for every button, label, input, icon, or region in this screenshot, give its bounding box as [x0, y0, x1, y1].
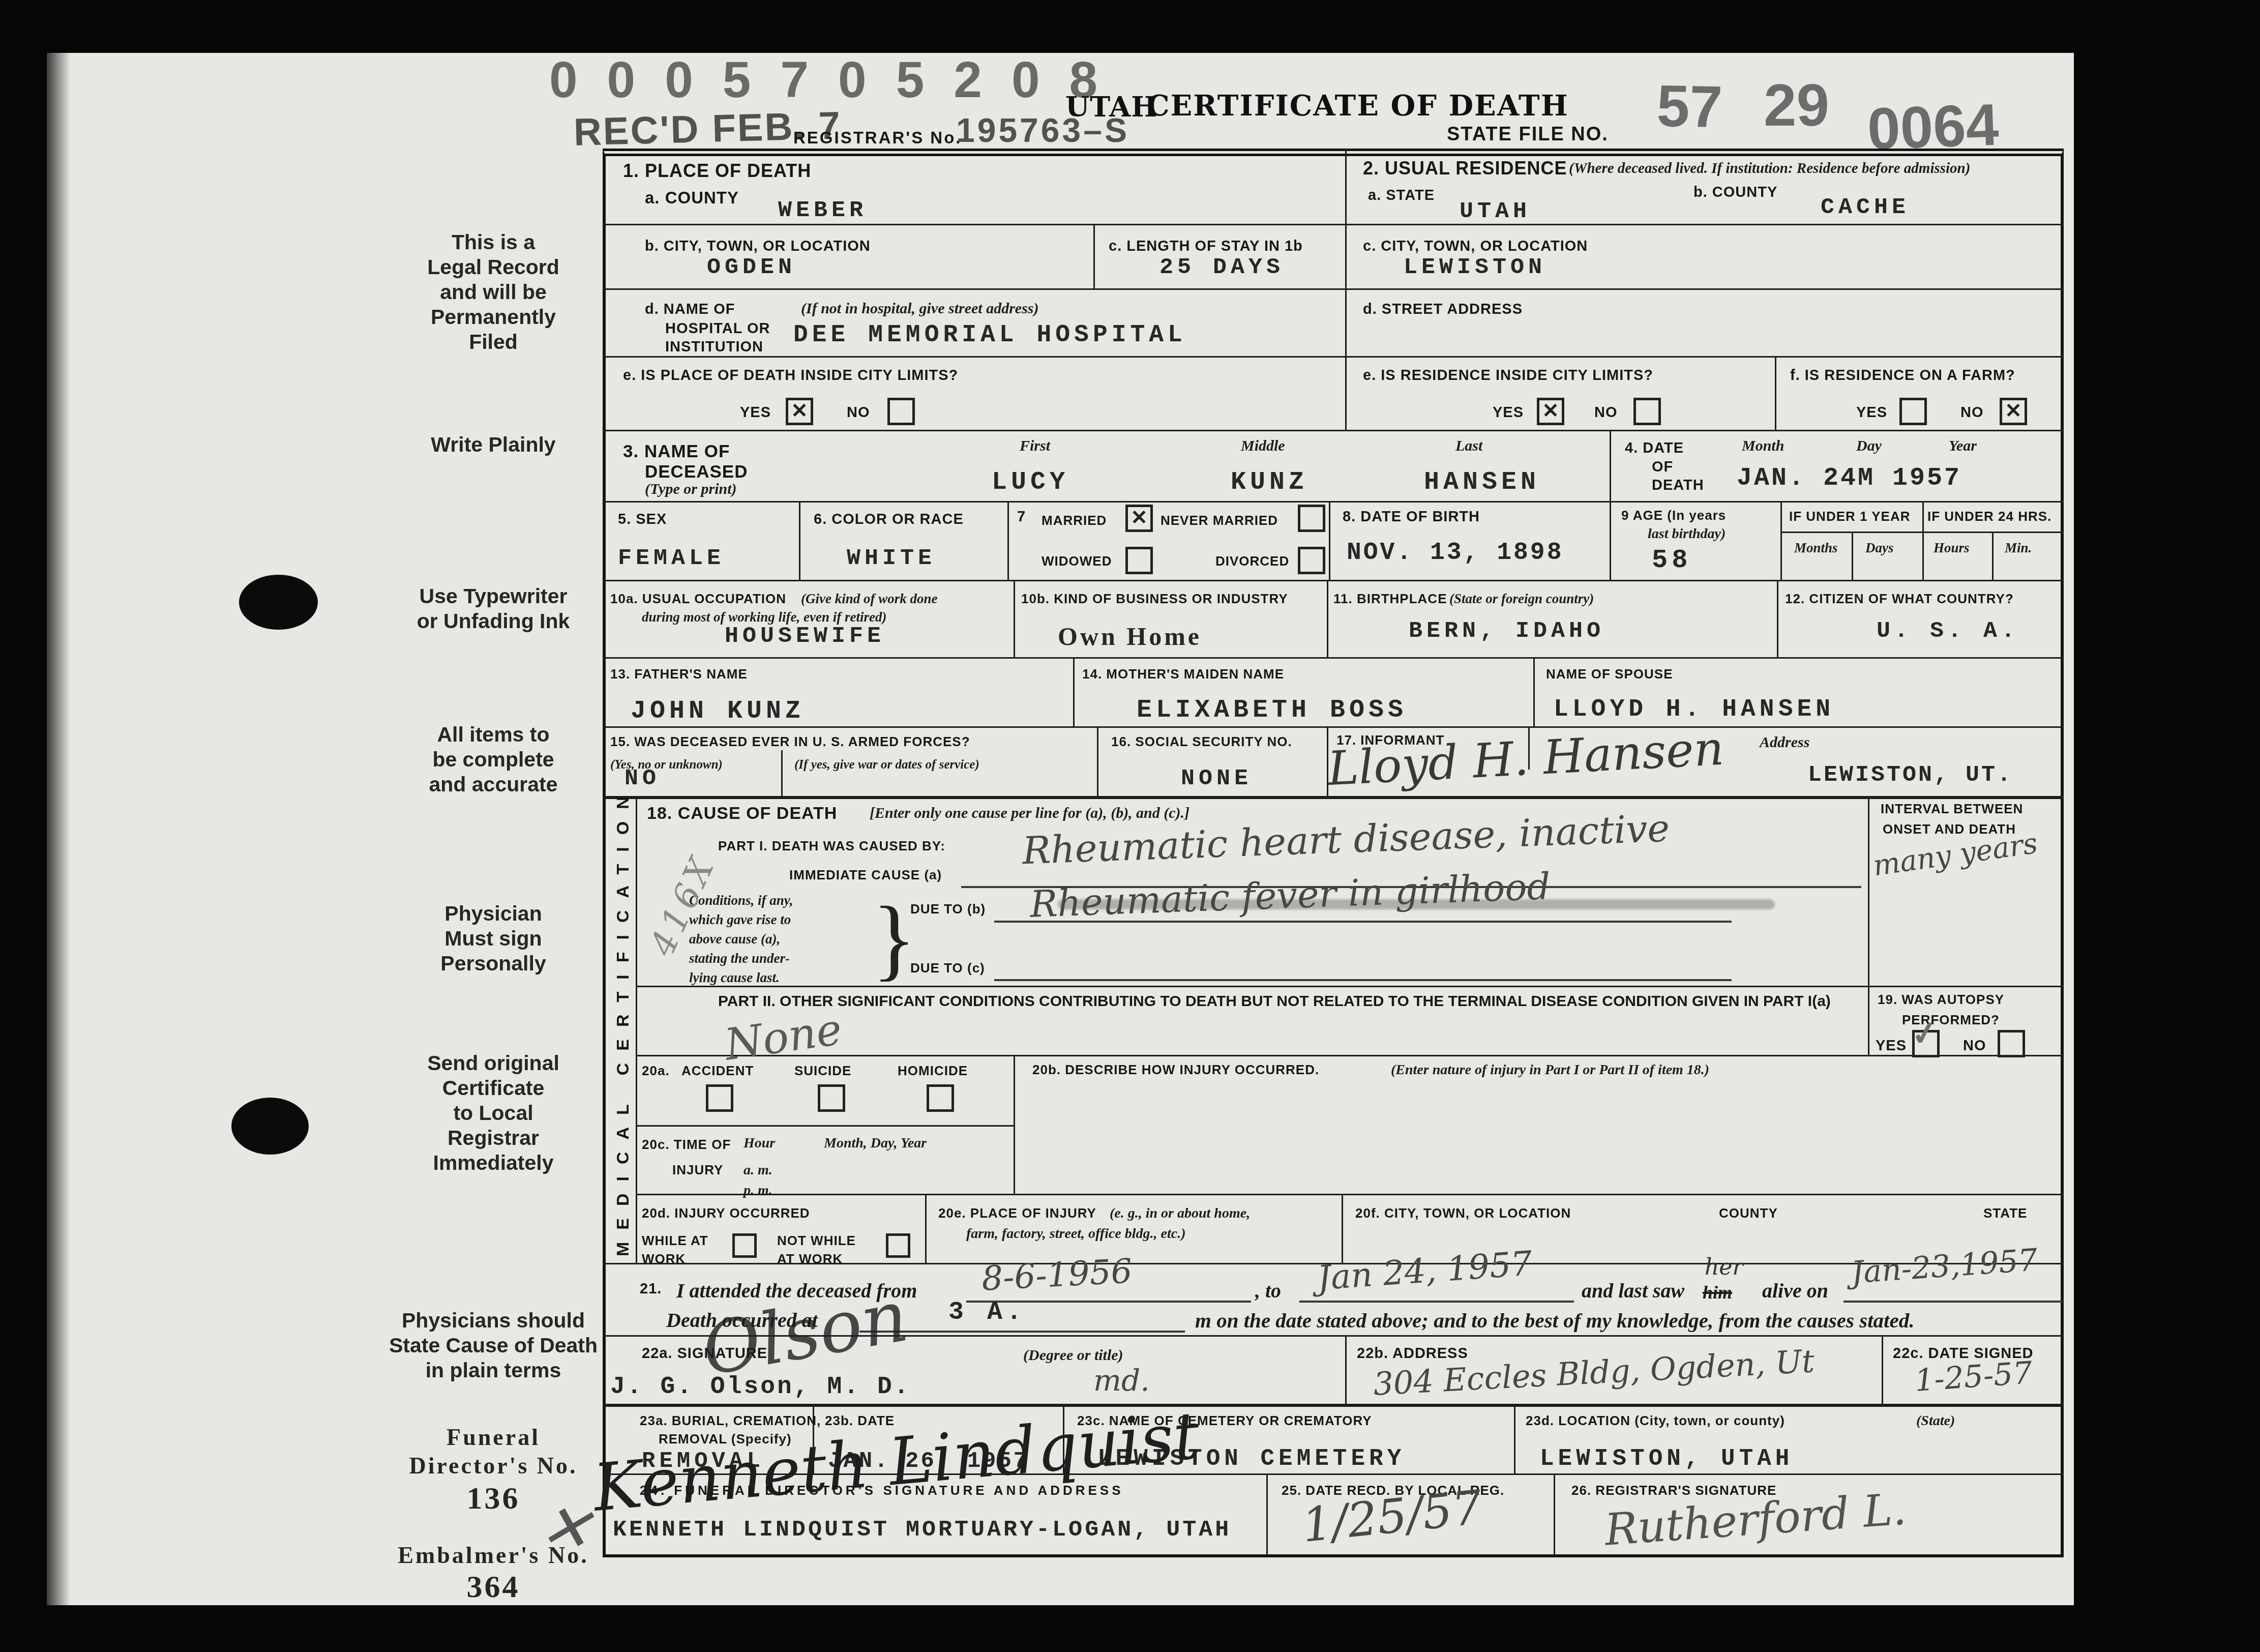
conditions-note: stating the under- — [689, 951, 790, 966]
file-number-stamp-2: 29 — [1764, 71, 1829, 139]
yes-label: YES — [740, 404, 771, 421]
field-9-value: 58 — [1652, 545, 1691, 575]
field-3-first-value: LUCY — [992, 468, 1069, 497]
field-1-label: 1. PLACE OF DEATH — [623, 160, 811, 182]
field-3-label: DECEASED — [645, 462, 748, 482]
field-9-days-label: Days — [1865, 540, 1894, 556]
field-1e-label: e. IS PLACE OF DEATH INSIDE CITY LIMITS? — [623, 367, 958, 384]
grid-line — [1775, 356, 1776, 430]
hour-label: Hour — [744, 1135, 775, 1152]
grid-line — [603, 796, 2064, 799]
field-5-label: 5. SEX — [618, 511, 667, 528]
field-8-label: 8. DATE OF BIRTH — [1343, 509, 1480, 525]
field-1d-hint: (If not in hospital, give street address… — [801, 300, 1039, 317]
field-24-label: 24. FUNERAL DIRECTOR'S SIGNATURE AND ADD… — [640, 1483, 1124, 1498]
her-handwriting: her — [1705, 1254, 1743, 1280]
field-7-label: 7 — [1017, 509, 1026, 525]
last-saw-text: and last saw — [1582, 1279, 1684, 1303]
blank-line — [994, 979, 1732, 981]
grid-line — [1882, 1335, 1883, 1405]
pencil-x-mark: ✕ — [536, 1490, 596, 1567]
grid-line — [1345, 1335, 1347, 1405]
grid-line — [1514, 1405, 1515, 1473]
checkbox-20a-suicide — [818, 1084, 845, 1112]
month-day-year-label: Month, Day, Year — [824, 1135, 927, 1152]
grid-line — [1554, 1473, 1555, 1556]
field-7-married-label: MARRIED — [1042, 513, 1107, 528]
field-20c-label: 20c. TIME OF — [642, 1137, 731, 1153]
conditions-brace: } — [872, 886, 916, 991]
grid-line — [636, 986, 2064, 987]
field-19-label: 19. WAS AUTOPSY — [1878, 992, 2004, 1008]
field-1d-label: INSTITUTION — [665, 339, 763, 356]
knowledge-text: m on the date stated above; and to the b… — [1195, 1308, 1914, 1333]
grid-line — [1777, 580, 1778, 657]
him-struck-text: him — [1703, 1282, 1732, 1303]
grid-line — [1327, 580, 1328, 657]
no-label: NO — [1594, 404, 1618, 421]
margin-send-original: Send original Certificate to Local Regis… — [392, 1051, 595, 1175]
grid-line — [1922, 501, 1924, 580]
while-at-work-label: WHILE AT — [642, 1233, 708, 1249]
attended-to-text: , to — [1255, 1279, 1281, 1303]
field-20b-label: 20b. DESCRIBE HOW INJURY OCCURRED. — [1032, 1062, 1319, 1078]
blank-line — [994, 921, 1732, 923]
field-23d-state-label: (State) — [1916, 1413, 1955, 1429]
field-22b-label: 22b. ADDRESS — [1357, 1345, 1468, 1362]
margin-line: Funeral — [392, 1423, 595, 1452]
grid-line — [636, 1055, 2064, 1056]
field-9-under24hr-label: IF UNDER 24 HRS. — [1927, 509, 2051, 524]
checkbox-7-widowed — [1125, 547, 1153, 574]
grid-line — [603, 1404, 2064, 1407]
checkbox-1e-no — [887, 398, 915, 425]
field-3-middle-value: KUNZ — [1231, 468, 1308, 497]
margin-line: Must sign — [392, 926, 595, 951]
field-20f-label: 20f. CITY, TOWN, OR LOCATION — [1355, 1205, 1571, 1221]
no-label: NO — [847, 404, 870, 421]
checkbox-20a-accident — [706, 1084, 733, 1112]
field-4-label: 4. DATE — [1625, 440, 1684, 457]
grid-line — [1007, 501, 1009, 580]
homicide-label: HOMICIDE — [898, 1063, 968, 1079]
grid-line — [1014, 580, 1015, 657]
checkbox-20d-while — [732, 1233, 757, 1258]
margin-line: Use Typewriter — [392, 584, 595, 609]
field-3-middle-label: Middle — [1241, 437, 1285, 455]
grid-line — [603, 356, 2064, 358]
margin-line: Filed — [392, 330, 595, 355]
degree-handwriting: md. — [1093, 1363, 1150, 1398]
field-3-hint: (Type or print) — [645, 481, 737, 498]
field-20b-hint: (Enter nature of injury in Part I or Par… — [1391, 1062, 1709, 1078]
field-10a-hint: (Give kind of work done — [801, 591, 937, 607]
accident-label: ACCIDENT — [681, 1063, 754, 1079]
margin-all-items: All items to be complete and accurate — [392, 722, 595, 797]
grid-line — [1533, 657, 1535, 726]
grid-line — [1868, 796, 1869, 1055]
field-18-label: 18. CAUSE OF DEATH — [647, 804, 837, 823]
title-certificate-of-death: CERTIFICATE OF DEATH — [1147, 89, 1569, 123]
field-2b-label: b. COUNTY — [1693, 184, 1777, 201]
immediate-cause-label: IMMEDIATE CAUSE (a) — [789, 867, 942, 883]
field-15-hint2: (If yes, give war or dates of service) — [794, 758, 979, 772]
field-20c-label: INJURY — [672, 1162, 723, 1178]
field-9-label: 9 AGE (In years — [1621, 508, 1726, 523]
field-9-under1yr-label: IF UNDER 1 YEAR — [1789, 509, 1910, 524]
field-20e-label: 20e. PLACE OF INJURY — [938, 1205, 1096, 1221]
grid-line — [603, 726, 2064, 728]
field-2b-value: CACHE — [1821, 194, 1910, 220]
field-6-label: 6. COLOR OR RACE — [814, 511, 964, 528]
grid-line — [636, 1125, 1014, 1127]
yes-label: YES — [1856, 404, 1887, 421]
field-20e-hint: (e. g., in or about home, — [1110, 1205, 1250, 1222]
field-2f-label: f. IS RESIDENCE ON A FARM? — [1790, 367, 2015, 384]
field-12-value: U. S. A. — [1877, 618, 2019, 644]
field-13-value: JOHN KUNZ — [631, 697, 805, 726]
punch-hole — [239, 575, 318, 630]
margin-line: Physician — [392, 901, 595, 926]
margin-line: Immediately — [392, 1150, 595, 1175]
margin-line: to Local — [392, 1101, 595, 1126]
margin-embalmer-no: 364 — [392, 1573, 595, 1601]
field-16-value: NONE — [1181, 765, 1252, 791]
field-10a-value: HOUSEWIFE — [725, 623, 885, 649]
field-2-label: 2. USUAL RESIDENCE — [1363, 158, 1567, 179]
field-23a-label: 23a. BURIAL, CREMATION, — [640, 1413, 821, 1429]
field-3-last-value: HANSEN — [1424, 468, 1540, 497]
field-2-hint: (Where deceased lived. If institution: R… — [1569, 160, 1970, 177]
margin-line: Certificate — [392, 1076, 595, 1101]
grid-line — [799, 501, 800, 580]
field-4-value: JAN. 24M 1957 — [1737, 464, 1961, 493]
am-label: a. m. — [744, 1162, 772, 1178]
grid-line — [1329, 501, 1330, 580]
field-2a-label: a. STATE — [1368, 187, 1435, 204]
field-2d-label: d. STREET ADDRESS — [1363, 301, 1523, 318]
margin-line: or Unfading Ink — [392, 609, 595, 634]
not-while-at-work-label: AT WORK — [777, 1251, 843, 1267]
margin-line: This is a — [392, 230, 595, 255]
grid-line — [1342, 1194, 1343, 1263]
margin-line: Permanently — [392, 305, 595, 330]
no-label: NO — [1963, 1038, 1986, 1054]
field-10b-value: Own Home — [1058, 622, 1202, 651]
pm-label: p. m. — [744, 1183, 772, 1199]
field-9-label: last birthday) — [1648, 526, 1726, 542]
county-label: COUNTY — [1719, 1205, 1778, 1221]
field-8-value: NOV. 13, 1898 — [1347, 539, 1563, 567]
no-label: NO — [1960, 404, 1984, 421]
margin-line: Legal Record — [392, 255, 595, 280]
field-3-first-label: First — [1020, 437, 1050, 455]
registrar-no-label: REGISTRAR'S No. — [793, 128, 962, 147]
checkbox-20d-notwhile — [886, 1233, 910, 1258]
checkbox-7-divorced — [1298, 547, 1325, 574]
grid-line — [603, 430, 2064, 431]
field-24-typed-value: KENNETH LINDQUIST MORTUARY-LOGAN, UTAH — [613, 1517, 1231, 1543]
field-21-number: 21. — [640, 1281, 662, 1297]
field-spouse-value: LLOYD H. HANSEN — [1554, 696, 1834, 723]
field-12-label: 12. CITIZEN OF WHAT COUNTRY? — [1785, 591, 2014, 607]
blank-line — [1299, 1301, 1574, 1303]
checkbox-1e-yes: ✕ — [786, 398, 813, 425]
due-to-c-label: DUE TO (c) — [910, 960, 985, 976]
field-1a-label: a. COUNTY — [645, 188, 739, 208]
field-9-months-label: Months — [1794, 540, 1838, 556]
field-11-label: 11. BIRTHPLACE — [1333, 591, 1447, 607]
margin-funeral-director-no-label: Funeral Director's No. — [392, 1423, 595, 1480]
checkbox-2e-yes: ✕ — [1537, 398, 1564, 425]
grid-line — [925, 1194, 927, 1263]
attended-from-handwriting: 8-6-1956 — [980, 1251, 1133, 1298]
grid-line — [1093, 224, 1095, 288]
field-1d-label: d. NAME OF — [645, 301, 735, 318]
field-14-value: ELIXABETH BOSS — [1137, 696, 1407, 725]
margin-line: Personally — [392, 951, 595, 976]
field-13-label: 13. FATHER'S NAME — [610, 666, 748, 682]
field-10b-label: 10b. KIND OF BUSINESS OR INDUSTRY — [1021, 591, 1288, 607]
grid-line — [1780, 501, 1782, 580]
medical-certification-vertical-label: MEDICAL CERTIFICATION — [613, 784, 633, 1256]
margin-line: and will be — [392, 280, 595, 305]
field-15-label: 15. WAS DECEASED EVER IN U. S. ARMED FOR… — [610, 734, 970, 750]
grid-line — [1852, 532, 1853, 580]
field-11-hint: (State or foreign country) — [1449, 591, 1594, 607]
field-18-hint: [Enter only one cause per line for (a), … — [870, 805, 1190, 822]
field-9-min-label: Min. — [2005, 540, 2032, 556]
grid-line — [1266, 1473, 1268, 1556]
field-4-label: DEATH — [1652, 477, 1704, 494]
field-5-value: FEMALE — [618, 545, 725, 571]
field-6-value: WHITE — [847, 545, 936, 571]
degree-or-title-label: (Degree or title) — [1023, 1347, 1123, 1364]
field-20e-hint: farm, factory, street, office bldg., etc… — [966, 1226, 1186, 1242]
grid-line — [636, 796, 637, 1263]
serial-number-stamp: 0005705208 — [549, 51, 1127, 109]
field-9-hours-label: Hours — [1934, 540, 1970, 556]
margin-use-typewriter: Use Typewriter or Unfading Ink — [392, 584, 595, 634]
while-at-work-label: WORK — [642, 1251, 686, 1267]
margin-line: be complete — [392, 747, 595, 772]
grid-line — [781, 750, 783, 797]
alive-on-text: alive on — [1762, 1279, 1828, 1303]
checkbox-7-never-married — [1298, 505, 1325, 532]
blank-line — [1843, 1301, 2062, 1303]
checkbox-7-married: ✕ — [1125, 505, 1153, 532]
state-file-no-label: STATE FILE NO. — [1447, 124, 1609, 145]
part2-label: PART II. OTHER SIGNIFICANT CONDITIONS CO… — [718, 993, 1831, 1010]
field-14-label: 14. MOTHER'S MAIDEN NAME — [1082, 666, 1284, 682]
margin-line: Send original — [392, 1051, 595, 1076]
field-17-address-label: Address — [1760, 734, 1809, 751]
margin-line: and accurate — [392, 772, 595, 797]
field-23d-value: LEWISTON, UTAH — [1540, 1445, 1793, 1472]
grid-line — [1345, 149, 1347, 430]
conditions-note: lying cause last. — [689, 970, 780, 986]
field-7-never-married-label: NEVER MARRIED — [1161, 513, 1278, 528]
not-while-at-work-label: NOT WHILE — [777, 1233, 856, 1249]
margin-line: in plain terms — [379, 1358, 608, 1383]
field-1a-value: WEBER — [778, 197, 867, 223]
grid-line — [603, 501, 2064, 503]
grid-line — [603, 288, 2064, 290]
yes-label: YES — [1876, 1038, 1907, 1054]
file-number-stamp-1: 57 — [1656, 72, 1723, 141]
checkbox-2f-no: ✕ — [2000, 398, 2027, 425]
grid-line — [1014, 1055, 1015, 1194]
grid-line — [603, 657, 2064, 659]
margin-line: Registrar — [392, 1126, 595, 1150]
punch-hole — [231, 1098, 309, 1155]
margin-line: State Cause of Death — [379, 1333, 608, 1358]
field-2c-value: LEWISTON — [1404, 254, 1546, 280]
pencil-check-19-yes: ✓ — [1909, 1013, 1941, 1055]
margin-write-plainly: Write Plainly — [392, 432, 595, 457]
checkbox-2f-yes — [1899, 398, 1927, 425]
field-11-value: BERN, IDAHO — [1409, 618, 1604, 644]
part1-label: PART I. DEATH WAS CAUSED BY: — [718, 838, 945, 854]
field-4-label: OF — [1652, 459, 1673, 476]
state-label: STATE — [1983, 1205, 2027, 1221]
yes-label: YES — [1493, 404, 1524, 421]
field-spouse-label: NAME OF SPOUSE — [1546, 666, 1673, 682]
field-20d-label: 20d. INJURY OCCURRED — [642, 1205, 810, 1221]
field-10a-label: 10a. USUAL OCCUPATION — [610, 591, 786, 607]
due-to-b-label: DUE TO (b) — [910, 901, 986, 917]
checkbox-2e-no — [1633, 398, 1661, 425]
grid-line — [603, 580, 2064, 581]
conditions-note: which gave rise to — [689, 912, 791, 928]
grid-line — [636, 1194, 2064, 1195]
death-time-value: 3 A. — [948, 1298, 1026, 1327]
field-16-label: 16. SOCIAL SECURITY NO. — [1111, 734, 1292, 750]
margin-line: All items to — [392, 722, 595, 747]
field-2e-label: e. IS RESIDENCE INSIDE CITY LIMITS? — [1363, 367, 1653, 384]
field-1d-label: HOSPITAL OR — [665, 320, 770, 337]
field-20a-label: 20a. — [642, 1063, 670, 1079]
field-1b-value: OGDEN — [707, 254, 796, 280]
checkbox-20a-homicide — [927, 1084, 954, 1112]
field-23d-label: 23d. LOCATION (City, town, or county) — [1526, 1413, 1785, 1429]
suicide-label: SUICIDE — [794, 1063, 851, 1079]
field-2a-value: UTAH — [1460, 198, 1531, 224]
field-1d-value: DEE MEMORIAL HOSPITAL — [793, 321, 1186, 349]
scanned-death-certificate: 0005705208 REC'D FEB. 7 REGISTRAR'S No. … — [0, 0, 2260, 1652]
field-4-month-label: Month — [1742, 437, 1784, 455]
grid-line — [1073, 657, 1075, 726]
field-7-divorced-label: DIVORCED — [1215, 553, 1289, 569]
field-4-day-label: Day — [1856, 437, 1882, 455]
field-3-label: 3. NAME OF — [623, 441, 730, 462]
interval-label: INTERVAL BETWEEN — [1881, 801, 2023, 817]
title-utah: UTAH — [1065, 91, 1157, 123]
conditions-note: above cause (a), — [689, 931, 780, 947]
field-4-year-label: Year — [1949, 437, 1977, 455]
grid-line — [1992, 532, 1994, 580]
field-2c-label: c. CITY, TOWN, OR LOCATION — [1363, 238, 1588, 255]
margin-physician-sign: Physician Must sign Personally — [392, 901, 595, 976]
field-17-address-value: LEWISTON, UT. — [1808, 762, 2013, 788]
grid-line — [603, 224, 2064, 225]
field-1c-value: 25 DAYS — [1159, 254, 1284, 280]
margin-legal-record: This is a Legal Record and will be Perma… — [392, 230, 595, 355]
margin-line: Director's No. — [392, 1452, 595, 1480]
checkbox-19-no — [1998, 1030, 2025, 1057]
grid-line — [1097, 726, 1098, 797]
field-7-widowed-label: WIDOWED — [1042, 553, 1112, 569]
field-3-last-label: Last — [1455, 437, 1482, 455]
scan-edge-shadow — [47, 53, 70, 1605]
field-1c-label: c. LENGTH OF STAY IN 1b — [1109, 238, 1303, 255]
field-1b-label: b. CITY, TOWN, OR LOCATION — [645, 238, 871, 255]
grid-line — [1610, 430, 1611, 580]
margin-line: Physicians should — [379, 1308, 608, 1333]
margin-plain-terms: Physicians should State Cause of Death i… — [379, 1308, 608, 1383]
